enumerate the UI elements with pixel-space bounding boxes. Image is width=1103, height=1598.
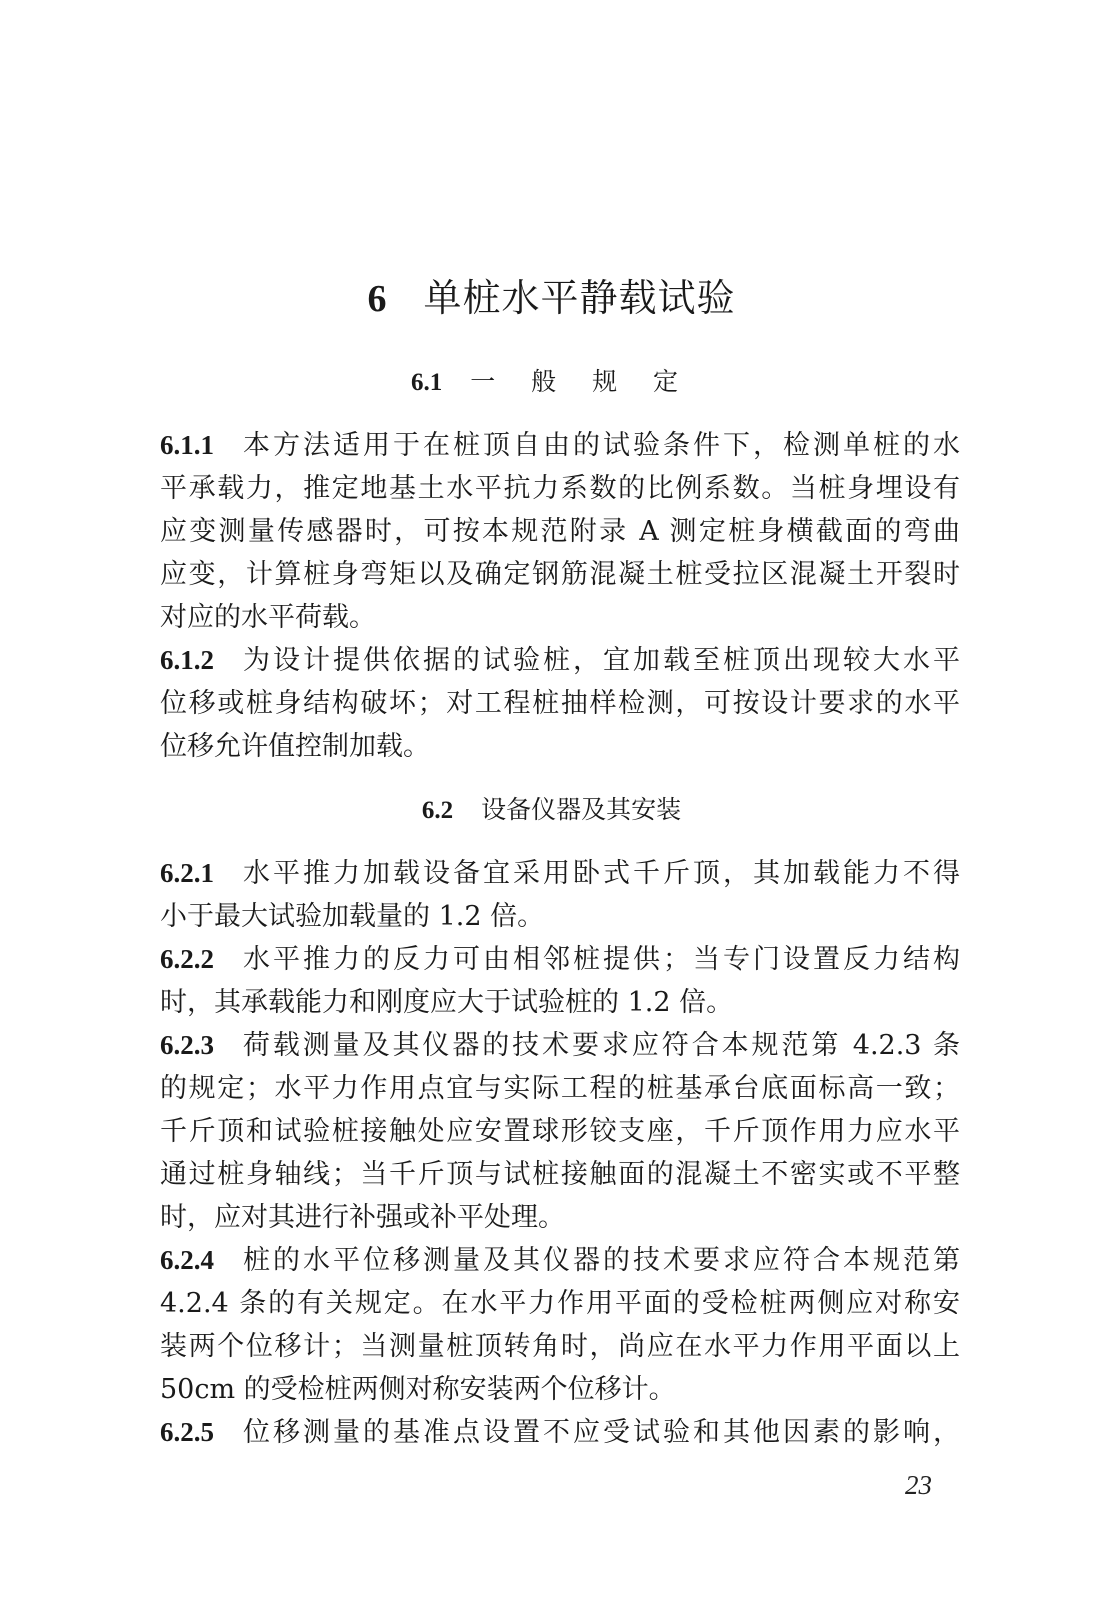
- clause-line: 6.1.2为设计提供依据的试验桩，宜加载至桩顶出现较大水平: [160, 639, 960, 682]
- clause-6-2-3: 6.2.3荷载测量及其仪器的技术要求应符合本规范第 4.2.3 条 的规定；水平…: [160, 1024, 960, 1239]
- clause-line: 的规定；水平力作用点宜与实际工程的桩基承台底面标高一致；: [160, 1067, 960, 1110]
- section-number: 6.2: [422, 797, 453, 824]
- section-6-2-body: 6.2.1水平推力加载设备宜采用卧式千斤顶，其加载能力不得 小于最大试验加载量的…: [160, 852, 960, 1454]
- clause-line: 对应的水平荷载。: [160, 596, 960, 639]
- section-title-text: 一 般 规 定: [470, 367, 692, 396]
- clause-number: 6.2.1: [160, 858, 214, 888]
- clause-6-2-2: 6.2.2水平推力的反力可由相邻桩提供；当专门设置反力结构 时，其承载能力和刚度…: [160, 938, 960, 1024]
- chapter-number: 6: [367, 278, 387, 320]
- clause-line: 小于最大试验加载量的 1.2 倍。: [160, 895, 960, 938]
- clause-line: 50cm 的受检桩两侧对称安装两个位移计。: [160, 1368, 960, 1411]
- clause-line: 4.2.4 条的有关规定。在水平力作用平面的受检桩两侧应对称安: [160, 1282, 960, 1325]
- clause-6-1-1: 6.1.1本方法适用于在桩顶自由的试验条件下，检测单桩的水 平承载力，推定地基土…: [160, 424, 960, 639]
- clause-line: 6.2.2水平推力的反力可由相邻桩提供；当专门设置反力结构: [160, 938, 960, 981]
- clause-text: 桩的水平位移测量及其仪器的技术要求应符合本规范第: [240, 1245, 960, 1276]
- clause-line: 通过桩身轴线；当千斤顶与试桩接触面的混凝土不密实或不平整: [160, 1153, 960, 1196]
- clause-text: 水平推力加载设备宜采用卧式千斤顶，其加载能力不得: [240, 858, 960, 889]
- clause-line: 时，应对其进行补强或补平处理。: [160, 1196, 960, 1239]
- clause-line: 时，其承载能力和刚度应大于试验桩的 1.2 倍。: [160, 981, 960, 1024]
- clause-6-1-2: 6.1.2为设计提供依据的试验桩，宜加载至桩顶出现较大水平 位移或桩身结构破坏；…: [160, 639, 960, 768]
- clause-line: 位移允许值控制加载。: [160, 725, 960, 768]
- section-6-1-body: 6.1.1本方法适用于在桩顶自由的试验条件下，检测单桩的水 平承载力，推定地基土…: [160, 424, 960, 768]
- clause-number: 6.1.2: [160, 645, 214, 675]
- clause-line: 千斤顶和试验桩接触处应安置球形铰支座，千斤顶作用力应水平: [160, 1110, 960, 1153]
- clause-number: 6.2.5: [160, 1417, 214, 1447]
- clause-number: 6.2.2: [160, 944, 214, 974]
- clause-text: 位移测量的基准点设置不应受试验和其他因素的影响，: [240, 1417, 960, 1448]
- clause-6-2-5: 6.2.5位移测量的基准点设置不应受试验和其他因素的影响，: [160, 1411, 960, 1454]
- clause-line: 平承载力，推定地基土水平抗力系数的比例系数。当桩身埋设有: [160, 467, 960, 510]
- clause-text: 本方法适用于在桩顶自由的试验条件下，检测单桩的水: [240, 430, 960, 461]
- section-number: 6.1: [411, 369, 442, 396]
- clause-6-2-1: 6.2.1水平推力加载设备宜采用卧式千斤顶，其加载能力不得 小于最大试验加载量的…: [160, 852, 960, 938]
- section-title-text: 设备仪器及其安装: [481, 795, 681, 824]
- section-heading-6-2: 6.2设备仪器及其安装: [0, 792, 1103, 829]
- clause-number: 6.1.1: [160, 430, 214, 460]
- clause-line: 装两个位移计；当测量桩顶转角时，尚应在水平力作用平面以上: [160, 1325, 960, 1368]
- clause-line: 位移或桩身结构破坏；对工程桩抽样检测，可按设计要求的水平: [160, 682, 960, 725]
- section-heading-6-1: 6.1一 般 规 定: [0, 364, 1103, 401]
- clause-text: 水平推力的反力可由相邻桩提供；当专门设置反力结构: [240, 944, 960, 975]
- clause-line: 6.2.1水平推力加载设备宜采用卧式千斤顶，其加载能力不得: [160, 852, 960, 895]
- clause-line: 6.1.1本方法适用于在桩顶自由的试验条件下，检测单桩的水: [160, 424, 960, 467]
- document-page: 6单桩水平静载试验 6.1一 般 规 定 6.1.1本方法适用于在桩顶自由的试验…: [0, 0, 1103, 1598]
- clause-6-2-4: 6.2.4桩的水平位移测量及其仪器的技术要求应符合本规范第 4.2.4 条的有关…: [160, 1239, 960, 1411]
- clause-number: 6.2.3: [160, 1030, 214, 1060]
- clause-line: 应变测量传感器时，可按本规范附录 A 测定桩身横截面的弯曲: [160, 510, 960, 553]
- clause-line: 应变，计算桩身弯矩以及确定钢筋混凝土桩受拉区混凝土开裂时: [160, 553, 960, 596]
- clause-line: 6.2.4桩的水平位移测量及其仪器的技术要求应符合本规范第: [160, 1239, 960, 1282]
- clause-text: 为设计提供依据的试验桩，宜加载至桩顶出现较大水平: [240, 645, 960, 676]
- clause-line: 6.2.3荷载测量及其仪器的技术要求应符合本规范第 4.2.3 条: [160, 1024, 960, 1067]
- clause-text: 荷载测量及其仪器的技术要求应符合本规范第 4.2.3 条: [240, 1030, 960, 1061]
- clause-number: 6.2.4: [160, 1245, 214, 1275]
- chapter-title-text: 单桩水平静载试验: [423, 276, 735, 320]
- page-number: 23: [905, 1470, 932, 1501]
- clause-line: 6.2.5位移测量的基准点设置不应受试验和其他因素的影响，: [160, 1411, 960, 1454]
- chapter-title: 6单桩水平静载试验: [0, 270, 1103, 327]
